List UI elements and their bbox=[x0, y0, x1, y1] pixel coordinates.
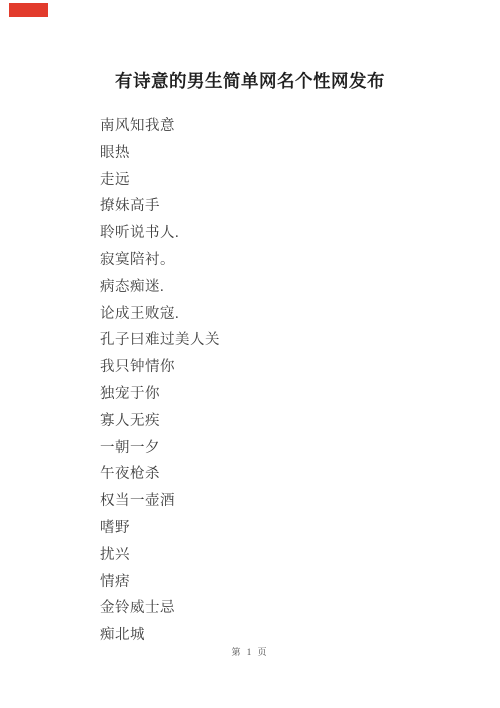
list-item: 情痞 bbox=[100, 569, 420, 596]
list-item: 南风知我意 bbox=[100, 113, 420, 140]
document-title: 有诗意的男生简单网名个性网发布 bbox=[0, 68, 500, 93]
list-item: 撩妹高手 bbox=[100, 193, 420, 220]
list-item: 扰兴 bbox=[100, 542, 420, 569]
list-item: 病态痴迷. bbox=[100, 274, 420, 301]
list-item: 眼热 bbox=[100, 140, 420, 167]
list-item: 嗜野 bbox=[100, 515, 420, 542]
red-corner-marker bbox=[9, 3, 48, 17]
list-item: 我只钟情你 bbox=[100, 354, 420, 381]
list-item: 寡人无疾 bbox=[100, 408, 420, 435]
list-item: 寂寞陪衬。 bbox=[100, 247, 420, 274]
list-item: 独宠于你 bbox=[100, 381, 420, 408]
list-item: 孔子曰难过美人关 bbox=[100, 327, 420, 354]
list-item: 一朝一夕 bbox=[100, 435, 420, 462]
list-item: 走远 bbox=[100, 167, 420, 194]
list-item: 金铃威士忌 bbox=[100, 595, 420, 622]
list-item: 论成王败寇. bbox=[100, 301, 420, 328]
list-item: 午夜枪杀 bbox=[100, 461, 420, 488]
nickname-list: 南风知我意眼热走远撩妹高手聆听说书人.寂寞陪衬。病态痴迷.论成王败寇.孔子曰难过… bbox=[100, 113, 420, 649]
page-number-footer: 第 1 页 bbox=[0, 645, 500, 658]
list-item: 聆听说书人. bbox=[100, 220, 420, 247]
list-item: 权当一壶酒 bbox=[100, 488, 420, 515]
document-page: 有诗意的男生简单网名个性网发布 南风知我意眼热走远撩妹高手聆听说书人.寂寞陪衬。… bbox=[0, 0, 500, 708]
